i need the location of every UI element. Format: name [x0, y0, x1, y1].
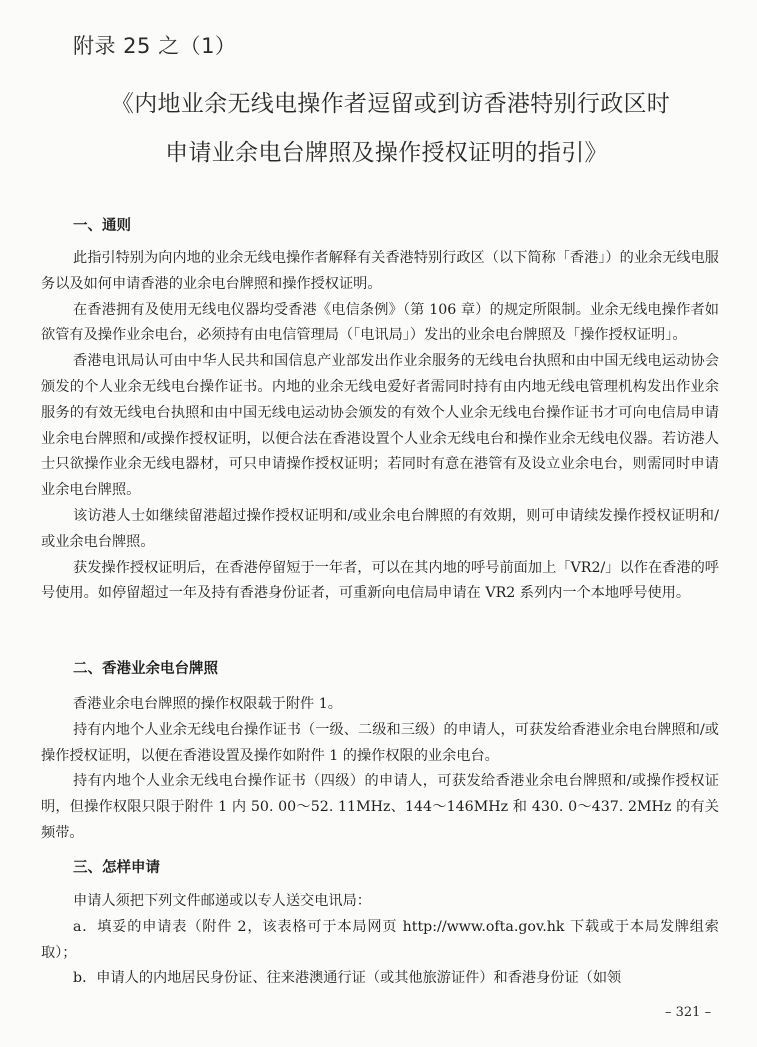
- section-heading-hk-amateur-license: 二、香港业余电台牌照: [73, 657, 218, 678]
- list-item-b: b．申请人的内地居民身份证、往来港澳通行证（或其他旅游证件）和香港身份证（如领: [41, 966, 719, 992]
- paragraph: 持有内地个人业余无线电台操作证书（四级）的申请人，可获发给香港业余电台牌照和/或…: [41, 769, 719, 846]
- document-title-line-2: 申请业余电台牌照及操作授权证明的指引》: [8, 134, 757, 167]
- section-heading-general: 一、通则: [73, 214, 131, 235]
- paragraph: 香港电讯局认可由中华人民共和国信息产业部发出作业余服务的无线电台执照和由中国无线…: [41, 349, 719, 504]
- paragraph: 该访港人士如继续留港超过操作授权证明和/或业余电台牌照的有效期，则可申请续发操作…: [41, 504, 719, 556]
- page-number: – 321 –: [665, 1005, 711, 1020]
- paragraph: 持有内地个人业余无线电台操作证书（一级、二级和三级）的申请人，可获发给香港业余电…: [41, 718, 719, 770]
- section-body-general: 此指引特别为向内地的业余无线电操作者解释有关香港特别行政区（以下简称「香港」）的…: [41, 246, 719, 607]
- section-heading-how-to-apply: 三、怎样申请: [73, 856, 160, 877]
- paragraph: 获发操作授权证明后，在香港停留短于一年者，可以在其内地的呼号前面加上「VR2/」…: [41, 556, 719, 608]
- document-page: 附录 25 之（1） 《内地业余无线电操作者逗留或到访香港特别行政区时 申请业余…: [0, 0, 757, 1047]
- list-item-a: a．填妥的申请表（附件 2，该表格可于本局网页 http://www.ofta.…: [41, 915, 719, 967]
- appendix-label: 附录 25 之（1）: [73, 30, 236, 60]
- section-body-how-to-apply: 申请人须把下列文件邮递或以专人送交电讯局： a．填妥的申请表（附件 2，该表格可…: [41, 889, 719, 992]
- paragraph: 在香港拥有及使用无线电仪器均受香港《电信条例》（第 106 章）的规定所限制。业…: [41, 298, 719, 350]
- paragraph: 香港业余电台牌照的操作权限载于附件 1。: [41, 692, 719, 718]
- document-title-line-1: 《内地业余无线电操作者逗留或到访香港特别行政区时: [12, 85, 757, 118]
- paragraph: 申请人须把下列文件邮递或以专人送交电讯局：: [41, 889, 719, 915]
- paragraph: 此指引特别为向内地的业余无线电操作者解释有关香港特别行政区（以下简称「香港」）的…: [41, 246, 719, 298]
- section-body-hk-amateur-license: 香港业余电台牌照的操作权限载于附件 1。 持有内地个人业余无线电台操作证书（一级…: [41, 692, 719, 847]
